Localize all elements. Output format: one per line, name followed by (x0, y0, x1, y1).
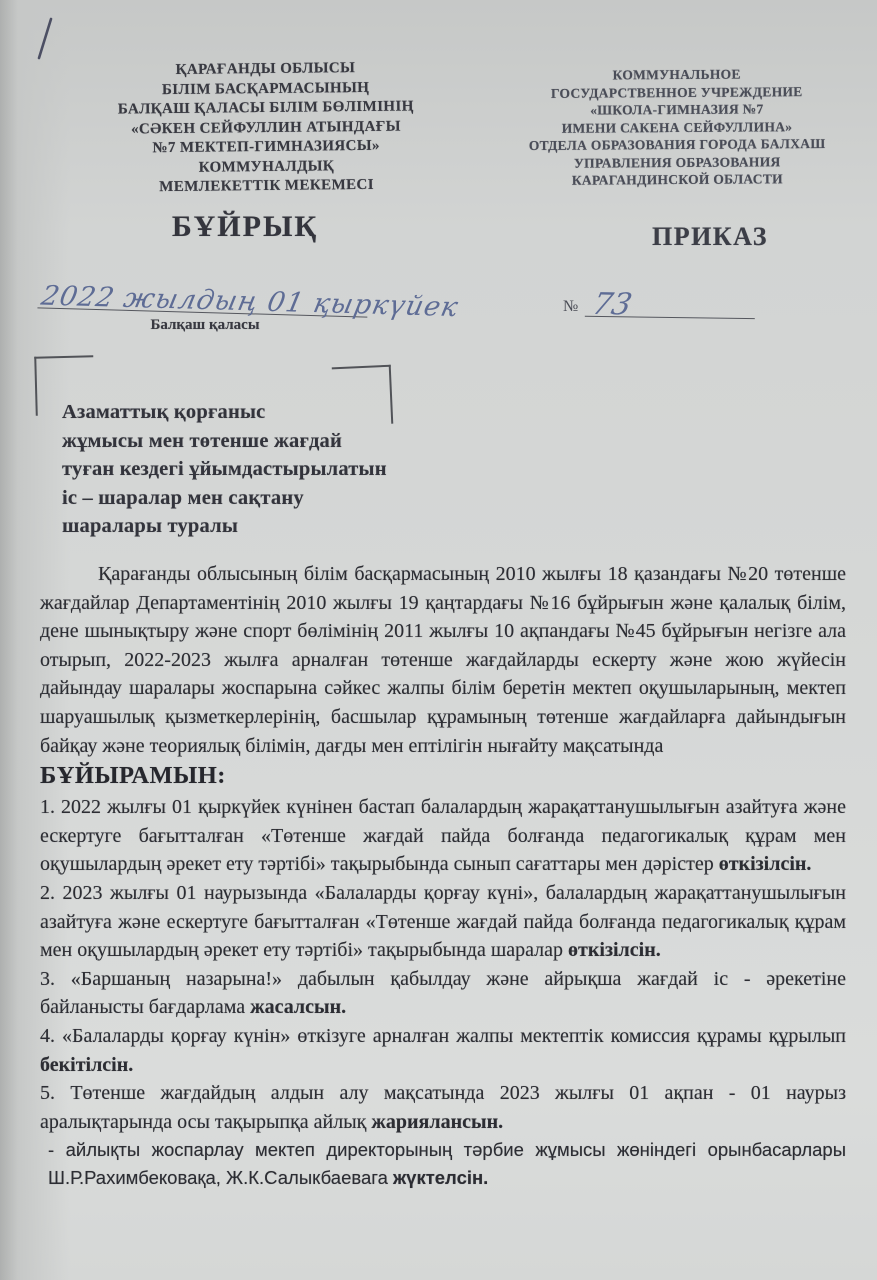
number-underline: 73 (585, 287, 755, 319)
order-keyword: БҰЙЫРАМЫН: (40, 761, 846, 791)
handwritten-date-line: 2022 жылдың 01 қыркүйек (37, 263, 368, 317)
item-text: 2. 2023 жылғы 01 наурызында «Балаларды қ… (40, 882, 846, 961)
subject-block: Азаматтық қорғаныс жұмысы мен төтенше жа… (62, 398, 402, 541)
item-text: 4. «Балаларды қорғау күнін» өткізуге арн… (40, 1025, 846, 1047)
city-label: Балқаш қаласы (110, 317, 300, 334)
handwritten-number: 73 (589, 287, 635, 322)
order-item-4: 4. «Балаларды қорғау күнін» өткізуге арн… (40, 1022, 846, 1079)
order-item-3: 3. «Баршаның назарына!» дабылын қабылдау… (40, 965, 846, 1022)
item-directive: бекітілсін. (40, 1054, 133, 1076)
order-body: Қарағанды облысының білім басқармасының … (40, 560, 846, 1192)
item-directive: жүктелсін. (393, 1167, 488, 1188)
item-text: 3. «Баршаның назарына!» дабылын қабылдау… (40, 968, 846, 1019)
order-item-2: 2. 2023 жылғы 01 наурызында «Балаларды қ… (40, 879, 846, 965)
intro-paragraph: Қарағанды облысының білім басқармасының … (40, 560, 846, 760)
item-directive: өткізілсін. (719, 853, 812, 875)
order-item-dash: - айлықты жоспарлау мектеп директорының … (40, 1136, 846, 1192)
org-name-russian: КОММУНАЛЬНОЕ ГОСУДАРСТВЕННОЕ УЧРЕЖДЕНИЕ … (482, 65, 873, 190)
org-name-kazakh: ҚАРАҒАНДЫ ОБЛЫСЫ БІЛІМ БАСҚАРМАСЫНЫҢ БАЛ… (71, 58, 460, 199)
title-kazakh: БҰЙРЫҚ (155, 210, 335, 244)
order-item-1: 1. 2022 жылғы 01 қыркүйек күнінен бастап… (40, 793, 846, 879)
order-item-5: 5. Төтенше жағдайдың алдын алу мақсатынд… (40, 1079, 846, 1136)
title-russian: ПРИКАЗ (635, 222, 785, 252)
pen-stroke-mark (34, 14, 58, 64)
item-directive: өткізілсін. (568, 939, 661, 961)
number-sign: № (563, 298, 578, 316)
order-number-row: № 73 (563, 288, 763, 318)
item-directive: жариялансын. (371, 1111, 503, 1133)
item-directive: жасалсын. (250, 996, 346, 1018)
scanned-order-document: ҚАРАҒАНДЫ ОБЛЫСЫ БІЛІМ БАСҚАРМАСЫНЫҢ БАЛ… (0, 0, 877, 1280)
